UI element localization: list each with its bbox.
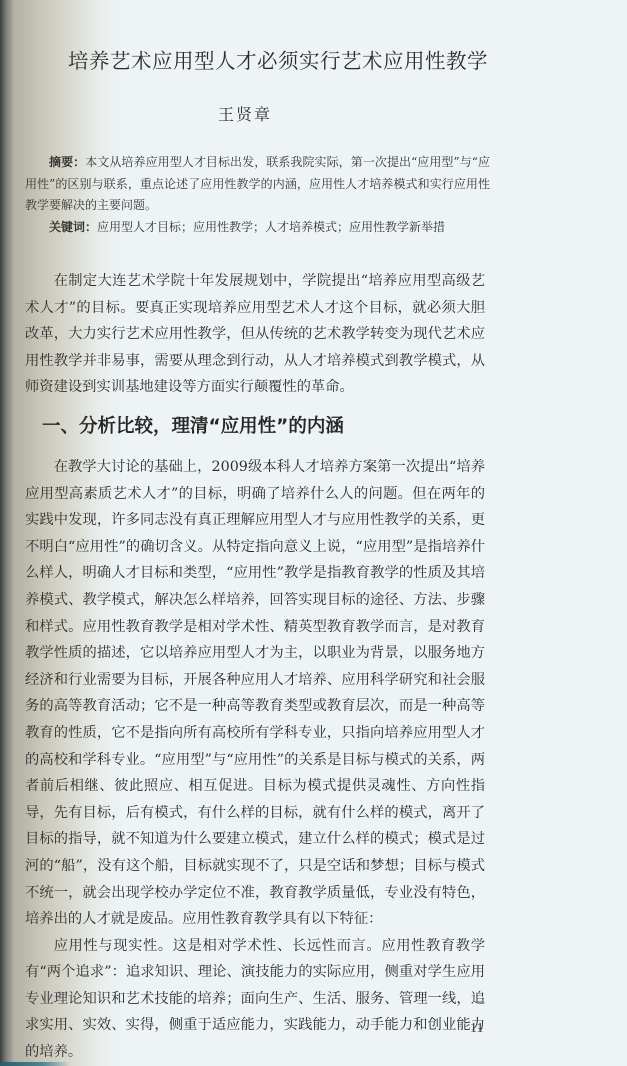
keywords-text: 应用型人才目标；应用性教学；人才培养模式；应用性教学新举措: [97, 220, 445, 234]
article-author: 王贤章: [218, 102, 272, 125]
abstract-paragraph: 摘要：本文从培养应用型人才目标出发，联系我院实际，第一次提出“应用型”与“应用性…: [25, 152, 490, 217]
intro-block: 在制定大连艺术学院十年发展规划中，学院提出“培养应用型高级艺术人才”的目标。要真…: [25, 268, 485, 401]
book-page: 培养艺术应用型人才必须实行艺术应用性教学 王贤章 摘要：本文从培养应用型人才目标…: [0, 0, 627, 1066]
keywords-paragraph: 关键词：应用型人才目标；应用性教学；人才培养模式；应用性教学新举措: [25, 217, 490, 239]
section-1-paragraph-2: 应用性与现实性。这是相对学术性、长远性而言。应用性教育教学有“两个追求”：追求知…: [25, 933, 485, 1066]
article-title: 培养艺术应用型人才必须实行艺术应用性教学: [68, 44, 538, 74]
section-1-body: 在教学大讨论的基础上，2009级本科人才培养方案第一次提出“培养应用型高素质艺术…: [25, 454, 485, 1066]
abstract-text: 本文从培养应用型人才目标出发，联系我院实际，第一次提出“应用型”与“应用性”的区…: [25, 155, 490, 212]
keywords-label: 关键词：: [49, 220, 97, 234]
abstract-label: 摘要：: [49, 155, 85, 169]
page-number: 11: [470, 1021, 483, 1037]
section-1-paragraph-1: 在教学大讨论的基础上，2009级本科人才培养方案第一次提出“培养应用型高素质艺术…: [25, 454, 485, 933]
abstract-block: 摘要：本文从培养应用型人才目标出发，联系我院实际，第一次提出“应用型”与“应用性…: [25, 152, 490, 238]
page-edge-decoration: [0, 1062, 70, 1066]
section-heading: 一、分析比较，理清“应用性”的内涵: [42, 412, 344, 438]
intro-paragraph: 在制定大连艺术学院十年发展规划中，学院提出“培养应用型高级艺术人才”的目标。要真…: [25, 268, 485, 401]
